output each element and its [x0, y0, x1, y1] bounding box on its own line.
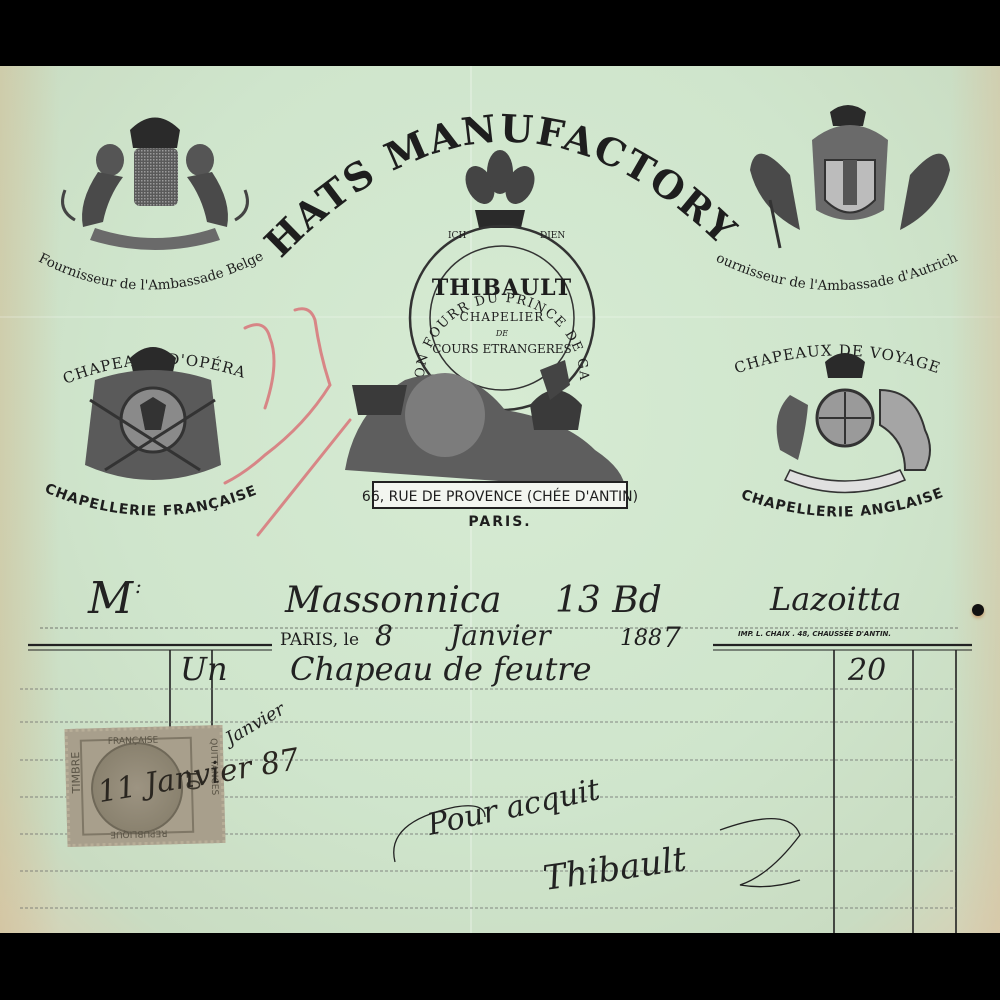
- printer-imprint: IMP. L. CHAIX . 48, CHAUSSÉE D'ANTIN.: [738, 629, 891, 638]
- maker-trade: CHAPELIER: [460, 310, 545, 324]
- stamp-top-text: FRANÇAISE: [108, 736, 159, 747]
- salutation-dots: :: [135, 574, 142, 598]
- date-year-printed: 188: [620, 626, 662, 651]
- maker-name: THIBAULT: [432, 275, 572, 301]
- maker-clientele: COURS ETRANGERES: [432, 342, 572, 356]
- revenue-stamp: TIMBRE FRANÇAISE REPUBLIQUE 10 QUITTANCE…: [64, 725, 225, 847]
- maker-de: DE: [495, 329, 508, 338]
- french-crown-icon: [530, 390, 582, 430]
- seal-ribbon-left: ICH: [448, 231, 466, 241]
- date-month: Janvier: [445, 619, 552, 652]
- item-description: Chapeau de feutre: [290, 650, 592, 688]
- british-crown-icon: [352, 385, 407, 415]
- item-quantity: Un: [180, 650, 228, 688]
- british-royal-crest-icon: [777, 353, 930, 493]
- addressee-salutation: M: [87, 573, 134, 624]
- left-supplier-line: Fournisseur de l'Ambassade Belge: [36, 248, 266, 293]
- signature-name: Thibault: [541, 839, 689, 899]
- shop-address: 66, RUE DE PROVENCE (CHÉE D'ANTIN): [362, 488, 638, 505]
- left-house-label: CHAPELLERIE FRANÇAISE: [42, 481, 259, 520]
- invoice-artwork: HATS MANUFACTORY Fournisseur de l'Ambass…: [0, 0, 1000, 1000]
- seal-ribbon-right: DIEN: [540, 231, 565, 241]
- binder-hole: [972, 604, 984, 616]
- addressee-street-name: Lazoitta: [769, 580, 901, 618]
- addressee-name: Massonnica: [284, 580, 501, 621]
- stamp-cancellation-note: Janvier: [219, 698, 290, 751]
- stamp-side-text: TIMBRE: [69, 752, 83, 794]
- prince-of-wales-feathers-icon: [460, 150, 540, 228]
- stamp-bottom-text: REPUBLIQUE: [110, 827, 167, 838]
- item-amount: 20: [847, 653, 886, 688]
- belgian-crest-icon: [63, 118, 248, 251]
- shop-city: PARIS.: [468, 514, 531, 530]
- date-year-hand: 7: [663, 621, 681, 654]
- dateline-prefix: PARIS, le: [280, 630, 359, 650]
- austrian-eagle-crest-icon: [750, 105, 950, 248]
- addressee-street: 13 Bd: [555, 580, 662, 621]
- date-day: 8: [375, 619, 393, 652]
